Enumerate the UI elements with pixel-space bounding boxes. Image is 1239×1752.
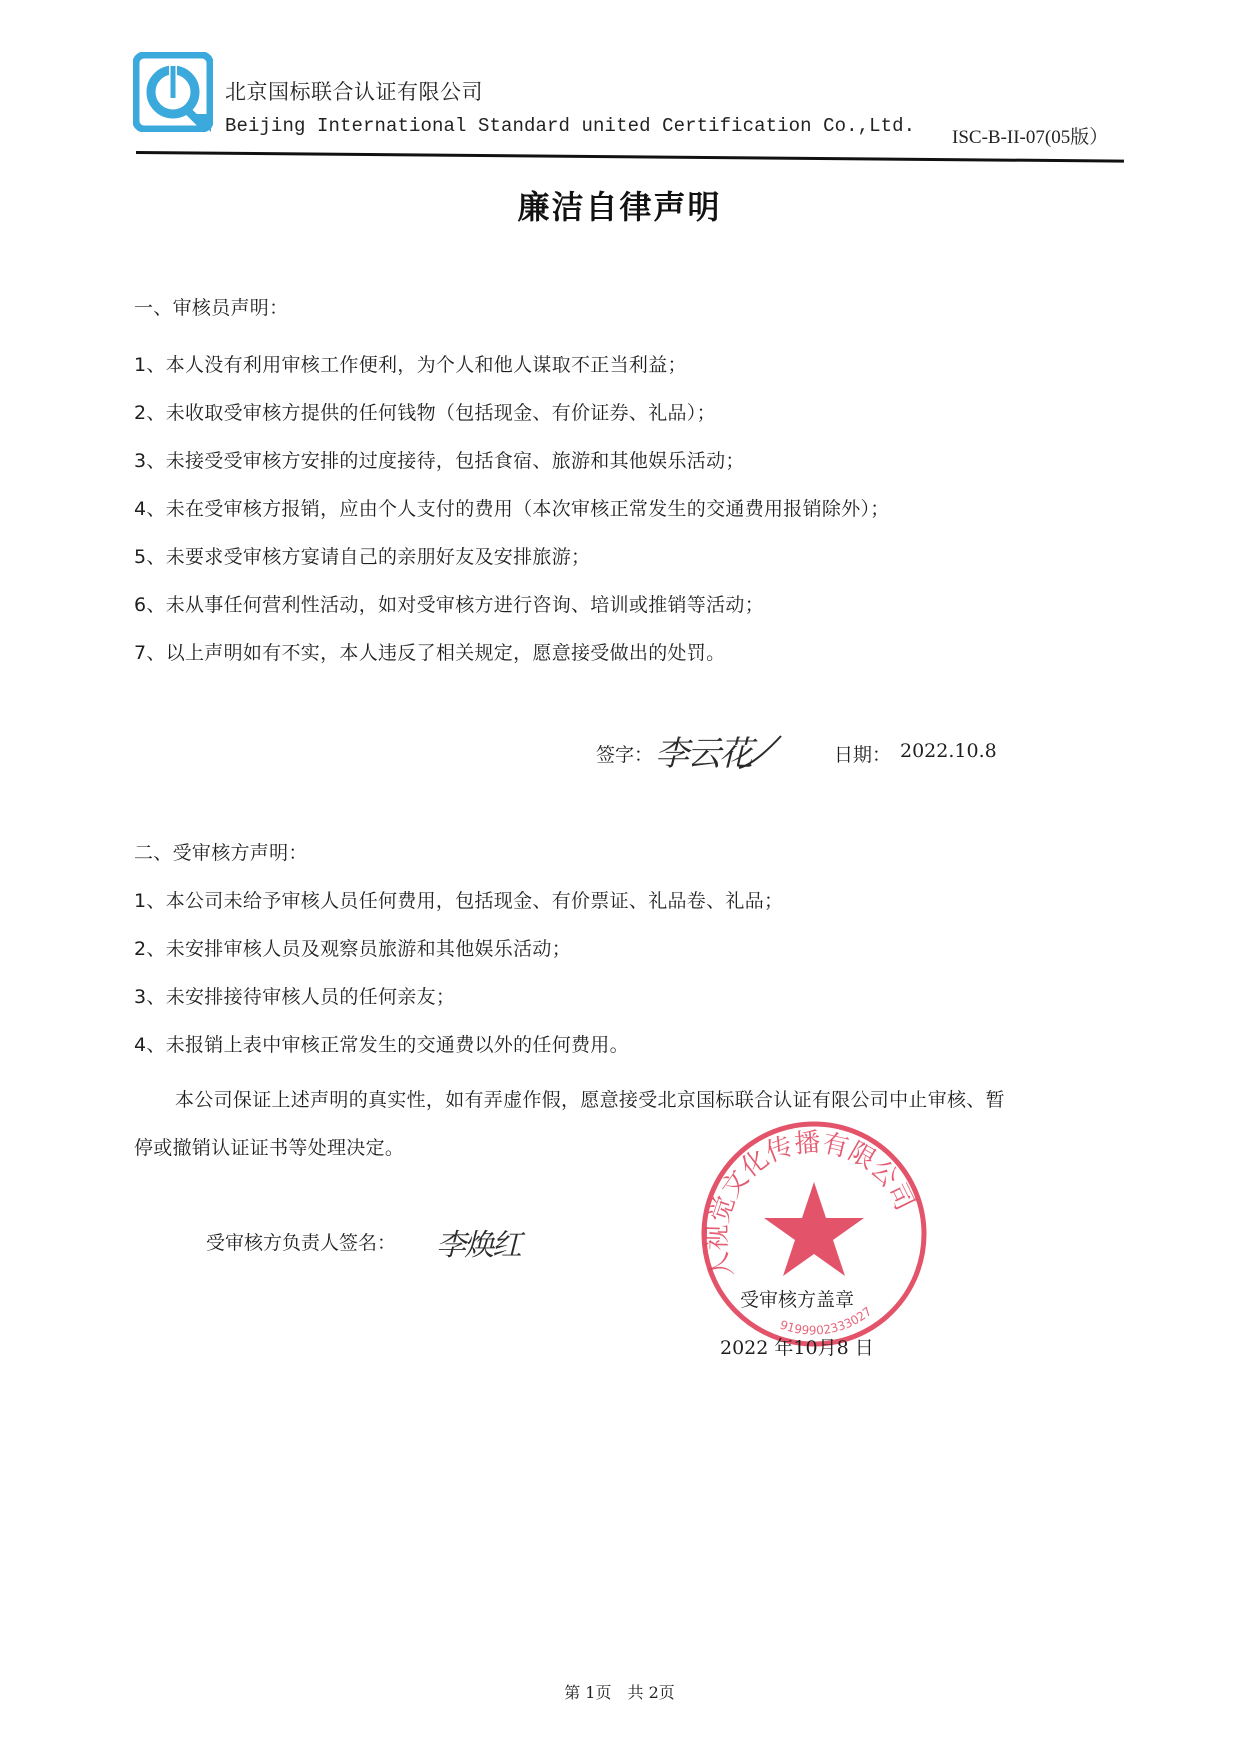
auditor-item-2: 2、未收取受审核方提供的任何钱物（包括现金、有价证券、礼品）； <box>134 398 716 425</box>
stamp-label: 受审核方盖章 <box>740 1285 854 1312</box>
guarantee-line-2: 停或撤销认证证书等处理决定。 <box>134 1133 404 1160</box>
header-divider <box>136 151 1124 163</box>
auditor-date-label: 日期： <box>834 740 891 767</box>
company-logo <box>133 52 213 132</box>
auditor-section-heading: 一、审核员声明： <box>134 293 288 320</box>
guarantee-line-1: 本公司保证上述声明的真实性，如有弄虚作假，愿意接受北京国标联合认证有限公司中止审… <box>175 1085 1005 1112</box>
auditor-signature-label: 签字： <box>596 740 653 767</box>
auditee-item-3: 3、未安排接待审核人员的任何亲友； <box>134 982 455 1009</box>
auditor-date: 2022.10.8 <box>900 740 997 762</box>
page-title: 廉洁自律声明 <box>0 182 1239 228</box>
star-icon <box>764 1182 864 1276</box>
auditor-item-1: 1、本人没有利用审核工作便利，为个人和他人谋取不正当利益； <box>134 350 687 377</box>
auditor-item-4: 4、未在受审核方报销，应由个人支付的费用（本次审核正常发生的交通费用报销除外）； <box>134 494 890 521</box>
auditee-section-heading: 二、受审核方声明： <box>134 838 308 865</box>
auditor-item-5: 5、未要求受审核方宴请自己的亲朋好友及安排旅游； <box>134 542 590 569</box>
stamp-date: 2022 年10月8 日 <box>720 1333 874 1360</box>
signature-flourish-icon <box>735 730 785 775</box>
responsible-signature: 李焕红 <box>436 1220 520 1264</box>
auditee-item-2: 2、未安排审核人员及观察员旅游和其他娱乐活动； <box>134 934 571 961</box>
page-number: 第 1页 共 2页 <box>0 1680 1239 1703</box>
responsible-signature-label: 受审核方负责人签名： <box>206 1228 396 1255</box>
auditor-item-6: 6、未从事任何营利性活动，如对受审核方进行咨询、培训或推销等活动； <box>134 590 764 617</box>
auditee-item-4: 4、未报销上表中审核正常发生的交通费以外的任何费用。 <box>134 1030 629 1057</box>
form-code: ISC-B-II-07(05版） <box>952 122 1108 149</box>
logo-icon <box>133 52 213 132</box>
seal-icon: 人视觉文化传播有限公司 9199902333027 <box>697 1117 931 1351</box>
auditor-item-7: 7、以上声明如有不实，本人违反了相关规定，愿意接受做出的处罚。 <box>134 638 725 665</box>
company-seal: 人视觉文化传播有限公司 9199902333027 <box>697 1117 931 1351</box>
company-name-cn: 北京国标联合认证有限公司 <box>225 76 483 106</box>
auditor-item-3: 3、未接受受审核方安排的过度接待，包括食宿、旅游和其他娱乐活动； <box>134 446 745 473</box>
company-name-en: Beijing International Standard united Ce… <box>225 115 915 137</box>
auditee-item-1: 1、本公司未给予审核人员任何费用，包括现金、有价票证、礼品卷、礼品； <box>134 886 783 913</box>
